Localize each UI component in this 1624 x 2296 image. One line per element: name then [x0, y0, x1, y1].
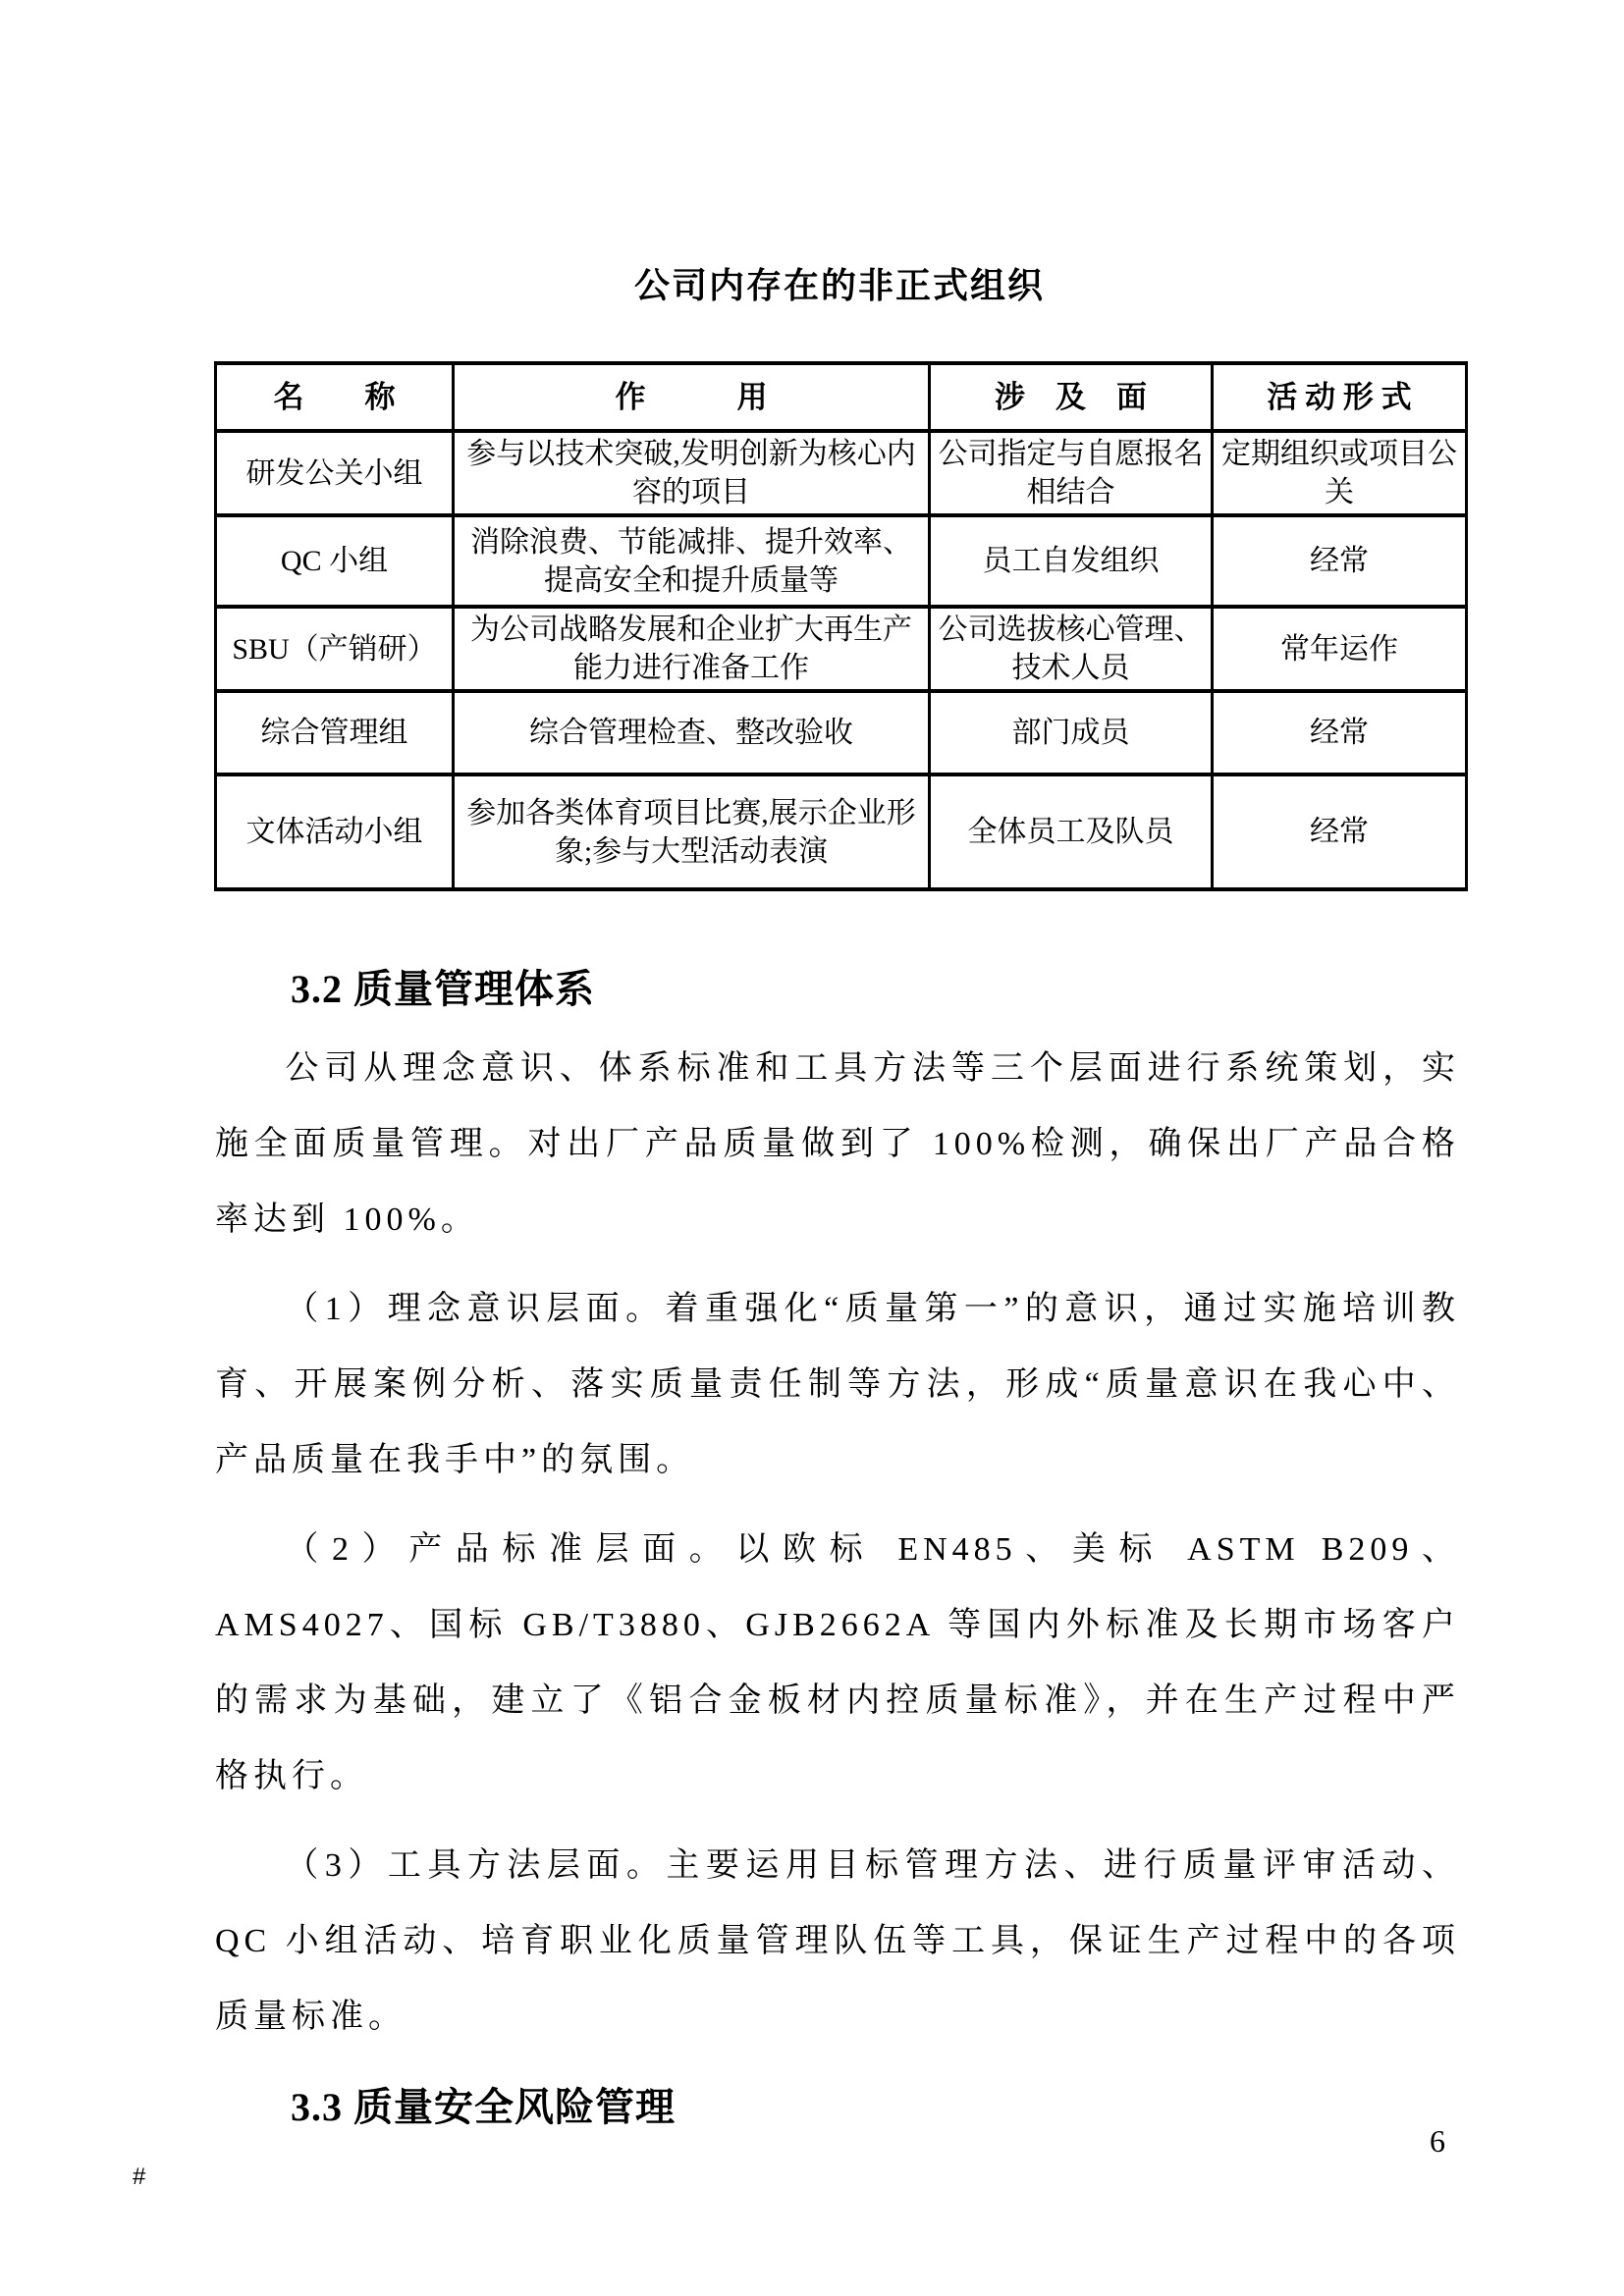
cell-function: 参加各类体育项目比赛,展示企业形象;参与大型活动表演 [454, 774, 930, 889]
section-heading-3-2: 3.2 质量管理体系 [291, 966, 1460, 1013]
table-row: SBU（产销研） 为公司战略发展和企业扩大再生产能力进行准备工作 公司选拔核心管… [216, 607, 1467, 691]
paragraph-tools-methods-level: （3）工具方法层面。主要运用目标管理方法、进行质量评审活动、QC 小组活动、培育… [215, 1828, 1460, 2055]
cell-name: 综合管理组 [216, 691, 454, 774]
cell-function: 消除浪费、节能减排、提升效率、提高安全和提升质量等 [454, 515, 930, 607]
section-heading-3-3: 3.3 质量安全风险管理 [291, 2084, 1460, 2131]
cell-scope: 员工自发组织 [930, 515, 1213, 607]
paragraph-concept-awareness-level: （1）理念意识层面。着重强化“质量第一”的意识，通过实施培训教育、开展案例分析、… [215, 1271, 1460, 1498]
cell-activity-form: 经常 [1213, 515, 1467, 607]
cell-activity-form: 常年运作 [1213, 607, 1467, 691]
column-header-function: 作 用 [454, 363, 930, 431]
cell-name: 文体活动小组 [216, 774, 454, 889]
cell-scope: 公司选拔核心管理、技术人员 [930, 607, 1213, 691]
cell-scope: 公司指定与自愿报名相结合 [930, 431, 1213, 515]
cell-name: SBU（产销研） [216, 607, 454, 691]
body-text-block: 3.2 质量管理体系 公司从理念意识、体系标准和工具方法等三个层面进行系统策划，… [215, 966, 1460, 2131]
table-title: 公司内存在的非正式组织 [0, 263, 1624, 308]
footer-hash-mark: # [133, 2163, 145, 2191]
page-number: 6 [1430, 2123, 1445, 2160]
cell-activity-form: 经常 [1213, 691, 1467, 774]
column-header-name: 名 称 [216, 363, 454, 431]
cell-activity-form: 定期组织或项目公关 [1213, 431, 1467, 515]
cell-name: QC 小组 [216, 515, 454, 607]
paragraph-product-standard-level: （2）产品标准层面。以欧标 EN485、美标 ASTM B209、AMS4027… [215, 1512, 1460, 1814]
cell-activity-form: 经常 [1213, 774, 1467, 889]
cell-name: 研发公关小组 [216, 431, 454, 515]
cell-scope: 全体员工及队员 [930, 774, 1213, 889]
table-row: 综合管理组 综合管理检查、整改验收 部门成员 经常 [216, 691, 1467, 774]
column-header-activity-form: 活 动 形 式 [1213, 363, 1467, 431]
table-row: 文体活动小组 参加各类体育项目比赛,展示企业形象;参与大型活动表演 全体员工及队… [216, 774, 1467, 889]
column-header-scope: 涉 及 面 [930, 363, 1213, 431]
table-header-row: 名 称 作 用 涉 及 面 活 动 形 式 [216, 363, 1467, 431]
cell-function: 参与以技术突破,发明创新为核心内容的项目 [454, 431, 930, 515]
informal-organizations-table: 名 称 作 用 涉 及 面 活 动 形 式 研发公关小组 参与以技术突破,发明创… [214, 361, 1468, 891]
cell-scope: 部门成员 [930, 691, 1213, 774]
paragraph-quality-system-overview: 公司从理念意识、体系标准和工具方法等三个层面进行系统策划，实施全面质量管理。对出… [215, 1031, 1460, 1257]
cell-function: 综合管理检查、整改验收 [454, 691, 930, 774]
cell-function: 为公司战略发展和企业扩大再生产能力进行准备工作 [454, 607, 930, 691]
table-row: QC 小组 消除浪费、节能减排、提升效率、提高安全和提升质量等 员工自发组织 经… [216, 515, 1467, 607]
table-row: 研发公关小组 参与以技术突破,发明创新为核心内容的项目 公司指定与自愿报名相结合… [216, 431, 1467, 515]
document-page: 公司内存在的非正式组织 名 称 作 用 涉 及 面 活 动 形 式 研发公关小组… [0, 0, 1624, 2296]
